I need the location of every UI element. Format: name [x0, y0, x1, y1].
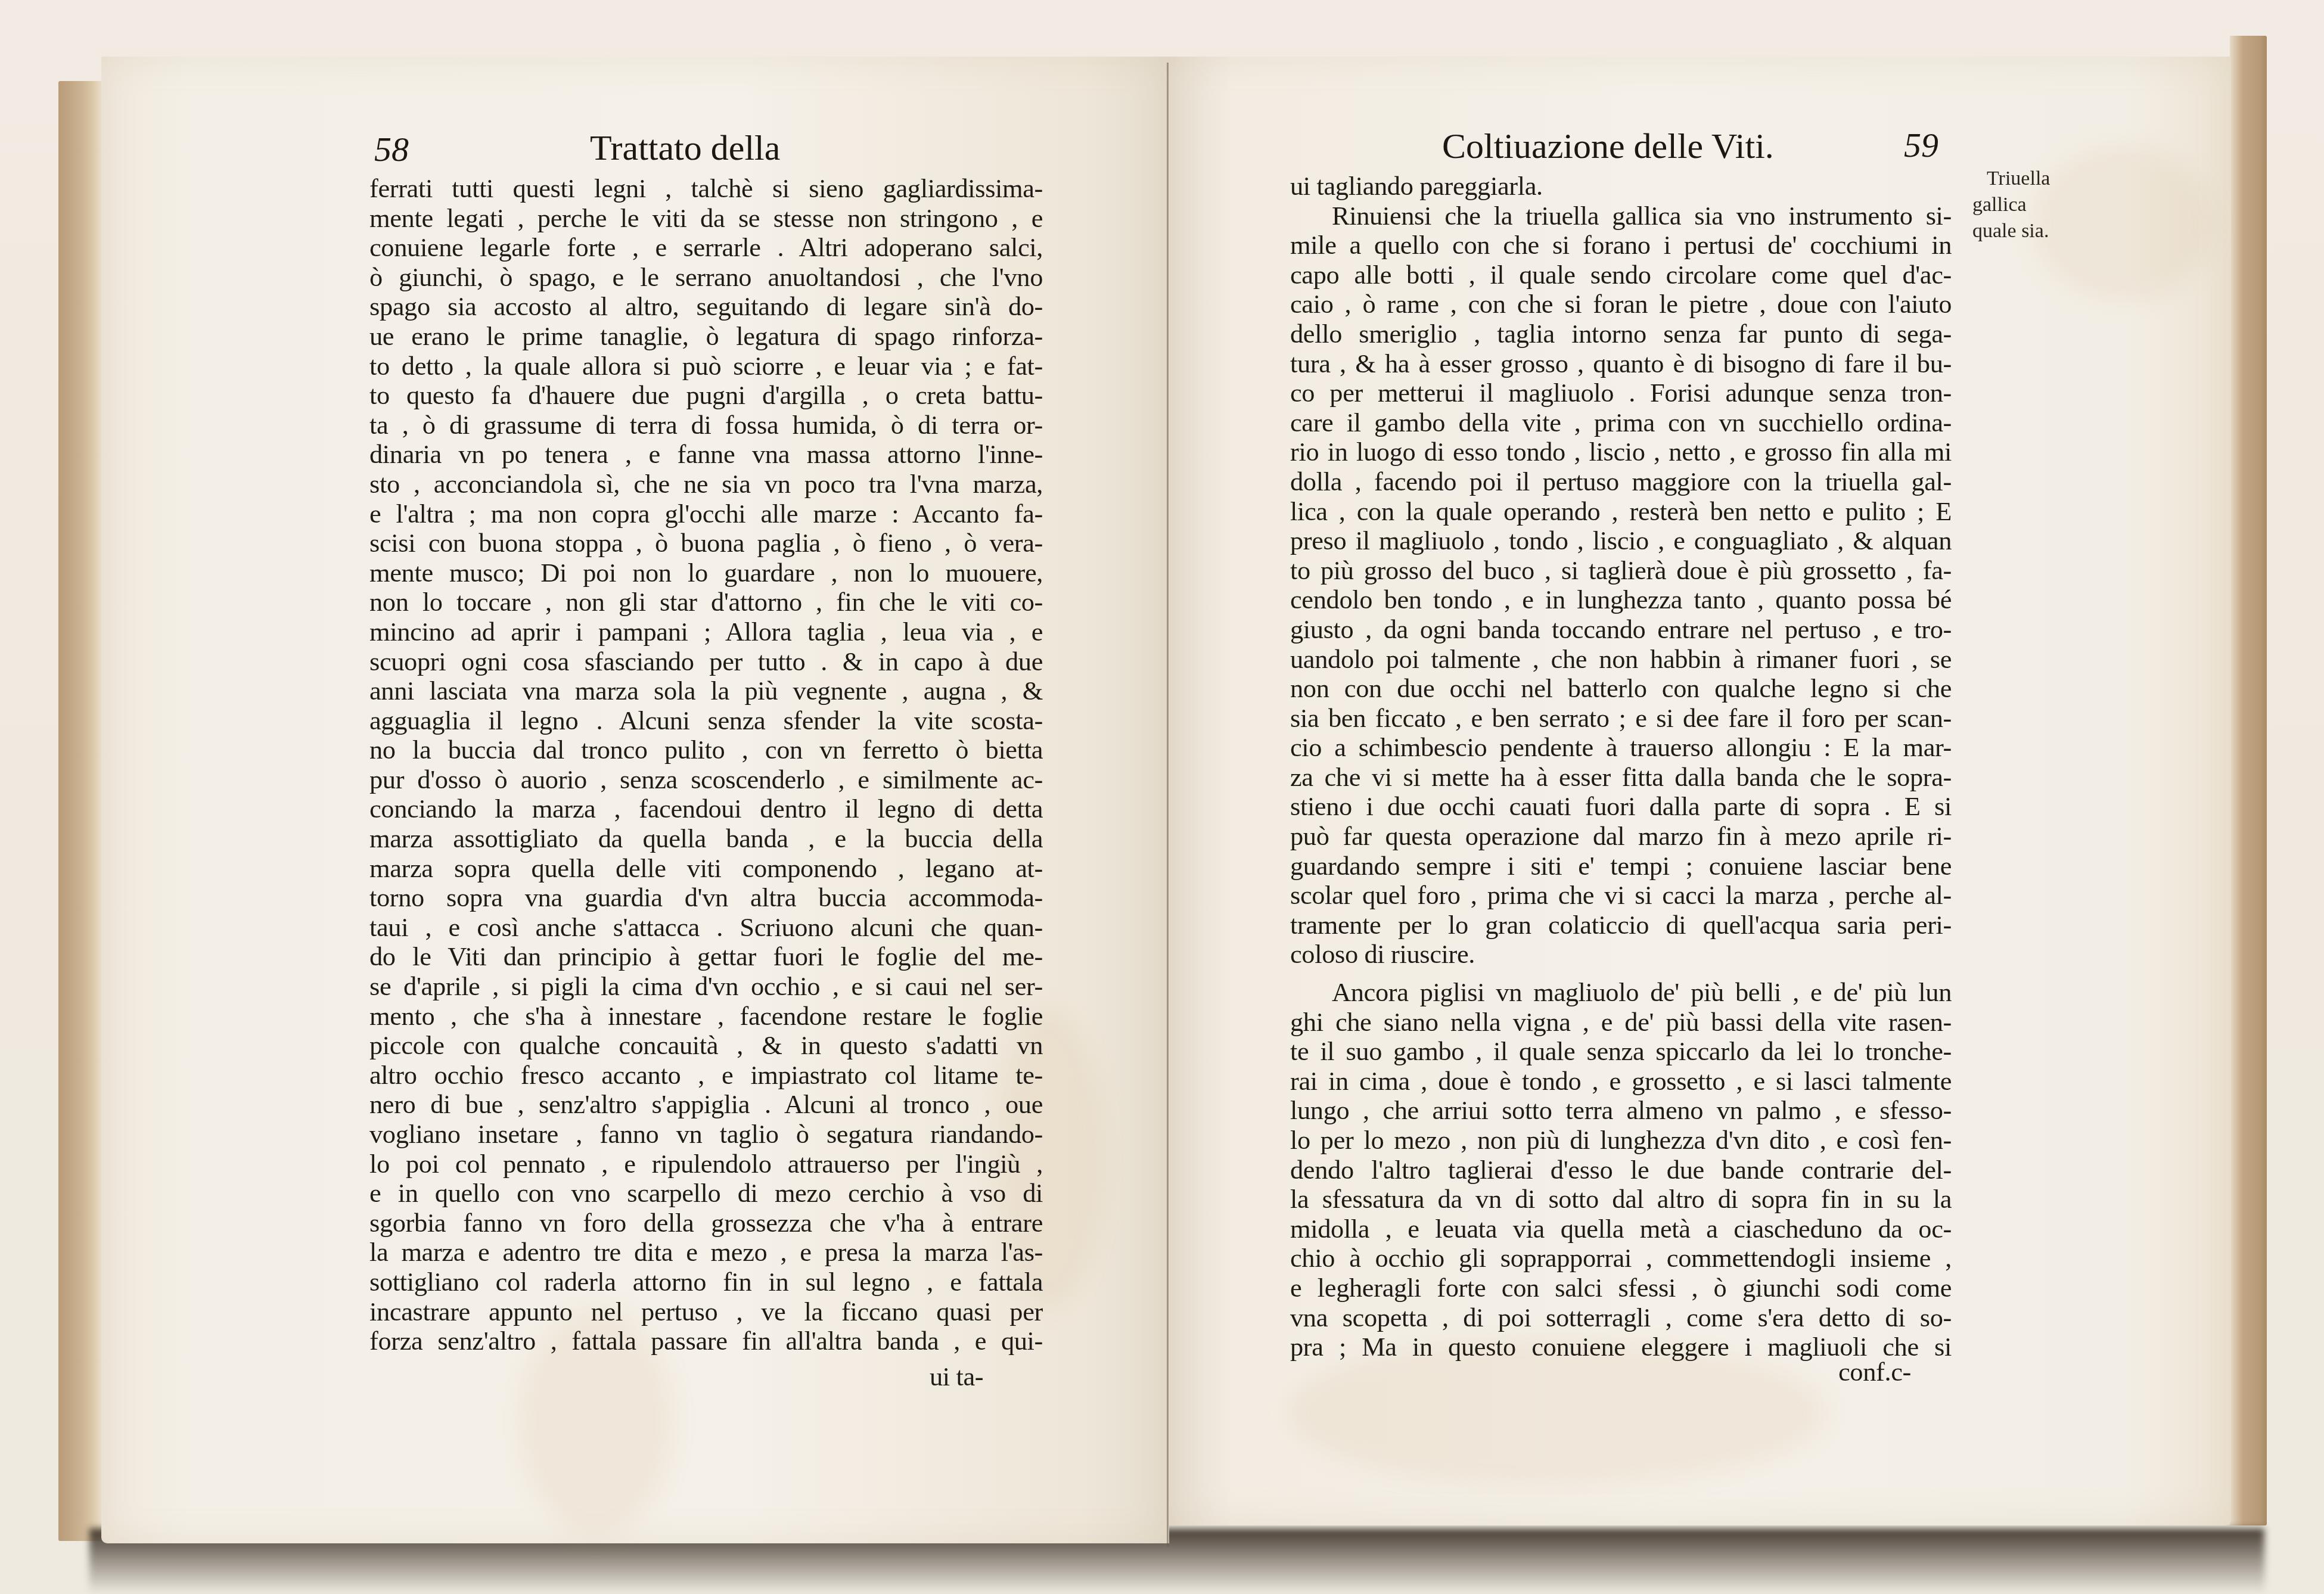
text-line: sottigliano col raderla attorno fin in s…: [369, 1267, 1043, 1297]
text-line: incastrare appunto nel pertuso , ve la f…: [369, 1297, 1043, 1327]
right-page-body-text: ui tagliando pareggiarla.Rinuiensi che l…: [1290, 172, 1952, 1362]
text-line: se d'aprile , si pigli la cima d'vn occh…: [369, 972, 1043, 1002]
text-line: za che vi si mette ha à esser fitta dall…: [1290, 763, 1952, 793]
text-line: rai in cima , doue è tondo , e grossetto…: [1290, 1067, 1952, 1096]
text-line: forza senz'altro , fattala passare fin a…: [369, 1326, 1043, 1356]
text-line: la marza e adentro tre dita e mezo , e p…: [369, 1238, 1043, 1267]
text-line: conuiene legarle forte , e serrarle . Al…: [369, 233, 1043, 263]
text-line: mento , che s'ha à innestare , facendone…: [369, 1002, 1043, 1031]
text-line: dello smeriglio , taglia intorno senza f…: [1290, 319, 1952, 349]
text-line: può far questa operazione dal marzo fin …: [1290, 822, 1952, 852]
text-line: altro occhio fresco accanto , e impiastr…: [369, 1061, 1043, 1090]
marginal-note-line: gallica: [1972, 192, 2050, 218]
text-line: anni lasciata vna marza sola la più vegn…: [369, 676, 1043, 706]
text-line: cendolo ben tondo , e in lunghezza tanto…: [1290, 585, 1952, 615]
text-line: ferrati tutti questi legni , talchè si s…: [369, 174, 1043, 204]
text-line: lo poi col pennato , e ripulendolo attra…: [369, 1149, 1043, 1179]
text-line: to detto , la quale allora si può sciorr…: [369, 352, 1043, 381]
text-line: co per metterui il magliuolo . Forisi ad…: [1290, 378, 1952, 408]
text-line: ò giunchi, ò spago, e le serrano anuolta…: [369, 263, 1043, 293]
text-line: Ancora piglisi vn magliuolo de' più bell…: [1290, 978, 1952, 1008]
running-head-right: Coltiuazione delle Viti.: [1442, 128, 1774, 164]
text-line: ui tagliando pareggiarla.: [1290, 172, 1952, 201]
marginal-note: Triuella gallica quale sia.: [1972, 166, 2050, 244]
text-line: lo per lo mezo , non più di lunghezza d'…: [1290, 1126, 1952, 1155]
text-line: agguaglia il legno . Alcuni senza sfende…: [369, 706, 1043, 736]
marginal-note-line: quale sia.: [1972, 218, 2050, 244]
text-line: scolar quel foro , prima che vi si cacci…: [1290, 881, 1952, 911]
text-line: no la buccia dal tronco pulito , con vn …: [369, 735, 1043, 765]
text-line: Rinuiensi che la triuella gallica sia vn…: [1290, 201, 1952, 231]
text-line: scuopri ogni cosa sfasciando per tutto .…: [369, 647, 1043, 677]
book-spine-gutter: [1167, 63, 1169, 1546]
text-line: cio a schimbescio pendente à trauerso al…: [1290, 733, 1952, 763]
text-line: lungo , che arriui sotto terra almeno vn…: [1290, 1096, 1952, 1126]
text-line: rio in luogo di esso tondo , liscio , ne…: [1290, 437, 1952, 467]
text-line: to questo fa d'hauere due pugni d'argill…: [369, 381, 1043, 411]
text-line: ghi che siano nella vigna , e de' più ba…: [1290, 1008, 1952, 1037]
book-cover-edge-right: [2230, 36, 2267, 1525]
text-line: sgorbia fanno vn foro della grossezza ch…: [369, 1208, 1043, 1238]
text-line: lica , con la quale operando , resterà b…: [1290, 497, 1952, 527]
text-line: e legheragli forte con salci sfessi , ò …: [1290, 1273, 1952, 1303]
text-line: dendo l'altro taglierai d'esso le due ba…: [1290, 1155, 1952, 1185]
text-line: to più grosso del buco , si taglierà dou…: [1290, 556, 1952, 586]
text-line: la sfessatura da vn di sotto dal altro d…: [1290, 1185, 1952, 1214]
text-line: e in quello con vno scarpello di mezo ce…: [369, 1179, 1043, 1208]
text-line: piccole con qualche concauità , & in que…: [369, 1031, 1043, 1061]
text-line: sia ben ficcato , e ben serrato ; e si d…: [1290, 704, 1952, 734]
catchword-right: conf.c-: [1838, 1357, 1940, 1387]
text-line: stieno i due occhi cauati fuori dalla pa…: [1290, 792, 1952, 822]
text-line: capo alle botti , il quale sendo circola…: [1290, 260, 1952, 290]
text-line: marza sopra quella delle viti componendo…: [369, 854, 1043, 884]
text-line: vogliano insetare , fanno vn taglio ò se…: [369, 1120, 1043, 1149]
text-line: taui , e così anche s'attacca . Scriuono…: [369, 913, 1043, 943]
text-line: uandolo poi talmente , che non habbin à …: [1290, 645, 1952, 675]
text-line: mincino ad aprir i pampani ; Allora tagl…: [369, 617, 1043, 647]
text-line: nero di bue , senz'altro s'appiglia . Al…: [369, 1090, 1043, 1120]
text-line: chio à occhio gli soprapporrai , commett…: [1290, 1244, 1952, 1273]
marginal-note-line: Triuella: [1972, 166, 2050, 192]
text-line: dolla , facendo poi il pertuso maggiore …: [1290, 467, 1952, 497]
text-line: coloso di riuscire.: [1290, 940, 1952, 970]
paper-stain: [2033, 146, 2212, 301]
text-line: ta , ò di grassume di terra di fossa hum…: [369, 411, 1043, 440]
page-number-left: 58: [374, 132, 409, 167]
text-line: tura , & ha à esser grosso , quanto è di…: [1290, 349, 1952, 379]
text-line: midolla , e leuata via quella metà a cia…: [1290, 1214, 1952, 1244]
text-line: tramente per lo gran colaticcio di quell…: [1290, 911, 1952, 940]
left-page-body-text: ferrati tutti questi legni , talchè si s…: [369, 174, 1043, 1356]
text-line: non con due occhi nel batterlo con qualc…: [1290, 674, 1952, 704]
text-line: pur d'osso ò auorio , senza scoscenderlo…: [369, 765, 1043, 795]
text-line: giusto , da ogni banda toccando entrare …: [1290, 615, 1952, 645]
text-line: mile a quello con che si forano i pertus…: [1290, 231, 1952, 260]
text-line: ue erano le prime tanaglie, ò legatura d…: [369, 322, 1043, 352]
text-line: guardando sempre i siti e' tempi ; conui…: [1290, 852, 1952, 881]
text-line: spago sia accosto al altro, seguitando d…: [369, 292, 1043, 322]
text-line: preso il magliuolo , tondo , liscio , e …: [1290, 526, 1952, 556]
page-number-right: 59: [1904, 128, 1938, 163]
text-line: e l'altra ; ma non copra gl'occhi alle m…: [369, 499, 1043, 529]
text-line: marza assottigliato da quella banda , e …: [369, 824, 1043, 854]
text-line: caio , ò rame , con che si foran le piet…: [1290, 290, 1952, 319]
running-head-left: Trattato della: [590, 130, 780, 166]
text-line: vna scopetta , di poi sotterragli , come…: [1290, 1303, 1952, 1333]
text-line: conciando la marza , facendoui dentro il…: [369, 794, 1043, 824]
text-line: te il suo gambo , il quale senza spiccar…: [1290, 1037, 1952, 1067]
text-line: mente legati , perche le viti da se stes…: [369, 204, 1043, 234]
text-line: scisi con buona stoppa , ò buona paglia …: [369, 529, 1043, 558]
catchword-left: ui ta-: [930, 1362, 1001, 1392]
text-line: torno sopra vna guardia d'vn altra bucci…: [369, 883, 1043, 913]
text-line: dinaria vn po tenera , e fanne vna massa…: [369, 440, 1043, 470]
text-line: sto , acconciandola sì, che ne sia vn po…: [369, 470, 1043, 499]
text-line: mente musco; Di poi non lo guardare , no…: [369, 558, 1043, 588]
book-cover-edge-left: [58, 81, 105, 1541]
text-line: non lo toccare , non gli star d'attorno …: [369, 588, 1043, 617]
text-line: do le Viti dan principio à gettar fuori …: [369, 942, 1043, 972]
text-line: care il gambo della vite , prima con vn …: [1290, 408, 1952, 438]
